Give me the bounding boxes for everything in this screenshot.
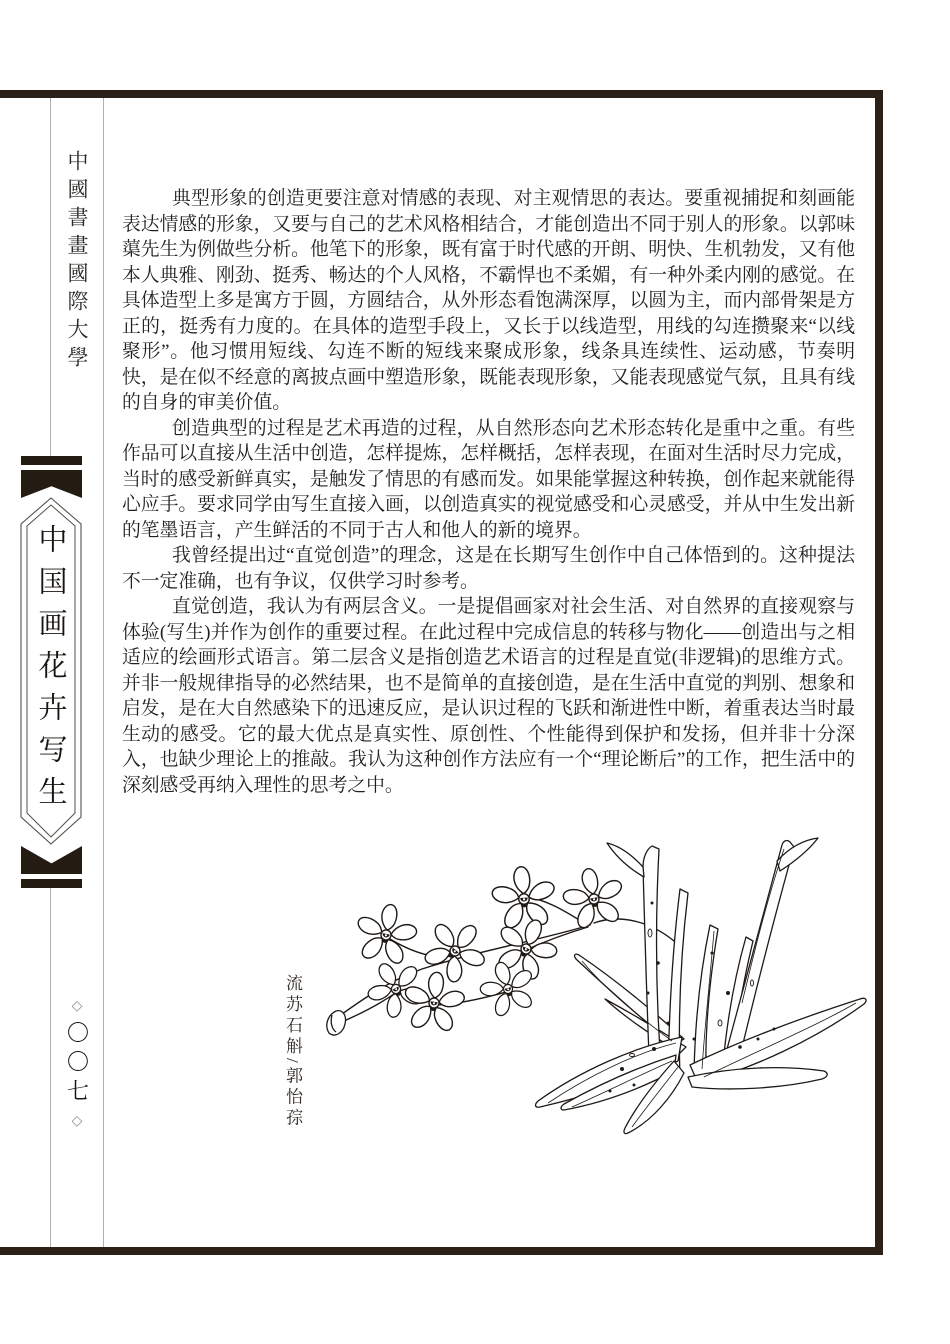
paragraph-4: 直觉创造，我认为有两层含义。一是提倡画家对社会生活、对自然界的直接观察与体验(写… [122, 594, 855, 798]
right-border [875, 90, 883, 1255]
paragraph-1: 典型形象的创造更要注意对情感的表现、对主观情思的表达。要重视捕捉和刻画能表达情感… [122, 186, 855, 416]
sidebar-university-title-text: 中國書畫國際大學 [62, 150, 92, 374]
paragraph-3: 我曾经提出过“直觉创造”的理念，这是在长期写生创作中自己体悟到的。这种提法不一定… [122, 543, 855, 594]
top-border [0, 90, 883, 98]
series-title-text: 中国画花卉写生 [31, 524, 72, 818]
sidebar-university-title: 中國書畫國際大學 [50, 150, 104, 374]
paragraph-2: 创造典型的过程是艺术再造的过程，从自然形态向艺术形态转化是重中之重。有些作品可以… [122, 416, 855, 544]
diamond-ornament-bottom: ◇ [72, 1115, 83, 1129]
banner-top-ribbon [21, 470, 82, 498]
page-number: 〇〇七 [62, 1021, 93, 1108]
illustration-caption-text: 流苏石斛/郭怡孮 [280, 974, 305, 1130]
banner-bottom-ribbon [21, 846, 82, 874]
illustration-caption: 流苏石斛/郭怡孮 [280, 974, 305, 1135]
series-title-banner: 中国画花卉写生 [20, 505, 82, 837]
banner-bottom-rule [21, 879, 82, 888]
body-text: 典型形象的创造更要注意对情感的表现、对主观情思的表达。要重视捕捉和刻画能表达情感… [122, 186, 855, 798]
orchid-illustration [322, 833, 874, 1163]
diamond-ornament-top: ◇ [72, 1000, 83, 1014]
banner-top-rule [21, 456, 82, 465]
page-number-block: ◇ 〇〇七 ◇ [50, 1000, 104, 1129]
bottom-border [0, 1247, 883, 1255]
